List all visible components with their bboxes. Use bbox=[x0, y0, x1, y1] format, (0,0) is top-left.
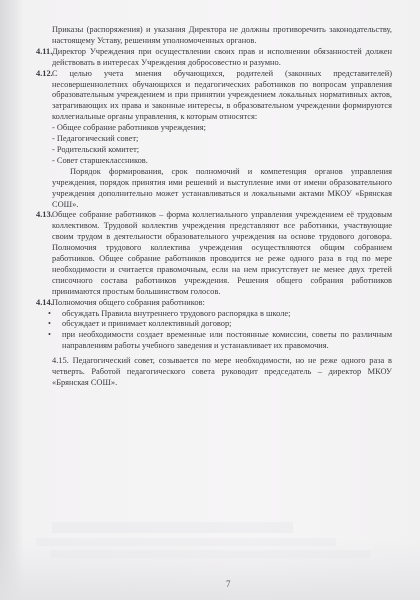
list-item: обсуждать Правила внутреннего трудового … bbox=[62, 309, 392, 320]
section-text: Общее собрание работников – форма коллег… bbox=[52, 210, 392, 297]
page-number: 7 bbox=[226, 579, 231, 589]
section-body: Педагогический совет, созывается по мере… bbox=[52, 356, 392, 387]
document-body: Приказы (распоряжения) и указания Директ… bbox=[36, 25, 392, 389]
list-item: - Педагогический совет; bbox=[52, 134, 392, 145]
section-text: 4.15. Педагогический совет, созывается п… bbox=[52, 356, 392, 389]
section-number: 4.15. bbox=[52, 356, 69, 365]
section-text: Полномочия общего собрания работников: bbox=[52, 298, 392, 309]
governing-bodies-list: - Общее собрание работников учреждения; … bbox=[36, 123, 392, 210]
assembly-powers-list: обсуждать Правила внутреннего трудового … bbox=[36, 309, 392, 353]
section-4-12: 4.12. С целью учета мнения обучающихся, … bbox=[36, 69, 392, 124]
section-number: 4.12. bbox=[36, 69, 53, 80]
section-4-15: 4.15. Педагогический совет, созывается п… bbox=[36, 356, 392, 389]
section-4-14: 4.14. Полномочия общего собрания работни… bbox=[36, 298, 392, 309]
bleed-through-text bbox=[36, 520, 396, 562]
section-4-11: 4.11. Директор Учреждения при осуществле… bbox=[36, 47, 392, 69]
section-number: 4.13. bbox=[36, 210, 53, 221]
list-item: - Общее собрание работников учреждения; bbox=[52, 123, 392, 134]
section-text: Директор Учреждения при осуществлении св… bbox=[52, 47, 392, 69]
section-4-13: 4.13. Общее собрание работников – форма … bbox=[36, 210, 392, 297]
list-item: - Родительский комитет; bbox=[52, 145, 392, 156]
section-number: 4.11. bbox=[36, 47, 52, 58]
list-item: обсуждает и принимает коллективный догов… bbox=[62, 319, 392, 330]
section-text: С целью учета мнения обучающихся, родите… bbox=[52, 69, 392, 124]
intro-paragraph: Приказы (распоряжения) и указания Директ… bbox=[36, 25, 392, 47]
scanned-page: Приказы (распоряжения) и указания Директ… bbox=[0, 0, 420, 600]
list-item: при необходимости создает временные или … bbox=[62, 330, 392, 352]
section-closing-text: Порядок формирования, срок полномочий и … bbox=[52, 167, 392, 211]
section-number: 4.14. bbox=[36, 298, 53, 309]
list-item: - Совет старшеклассников. bbox=[52, 156, 392, 167]
